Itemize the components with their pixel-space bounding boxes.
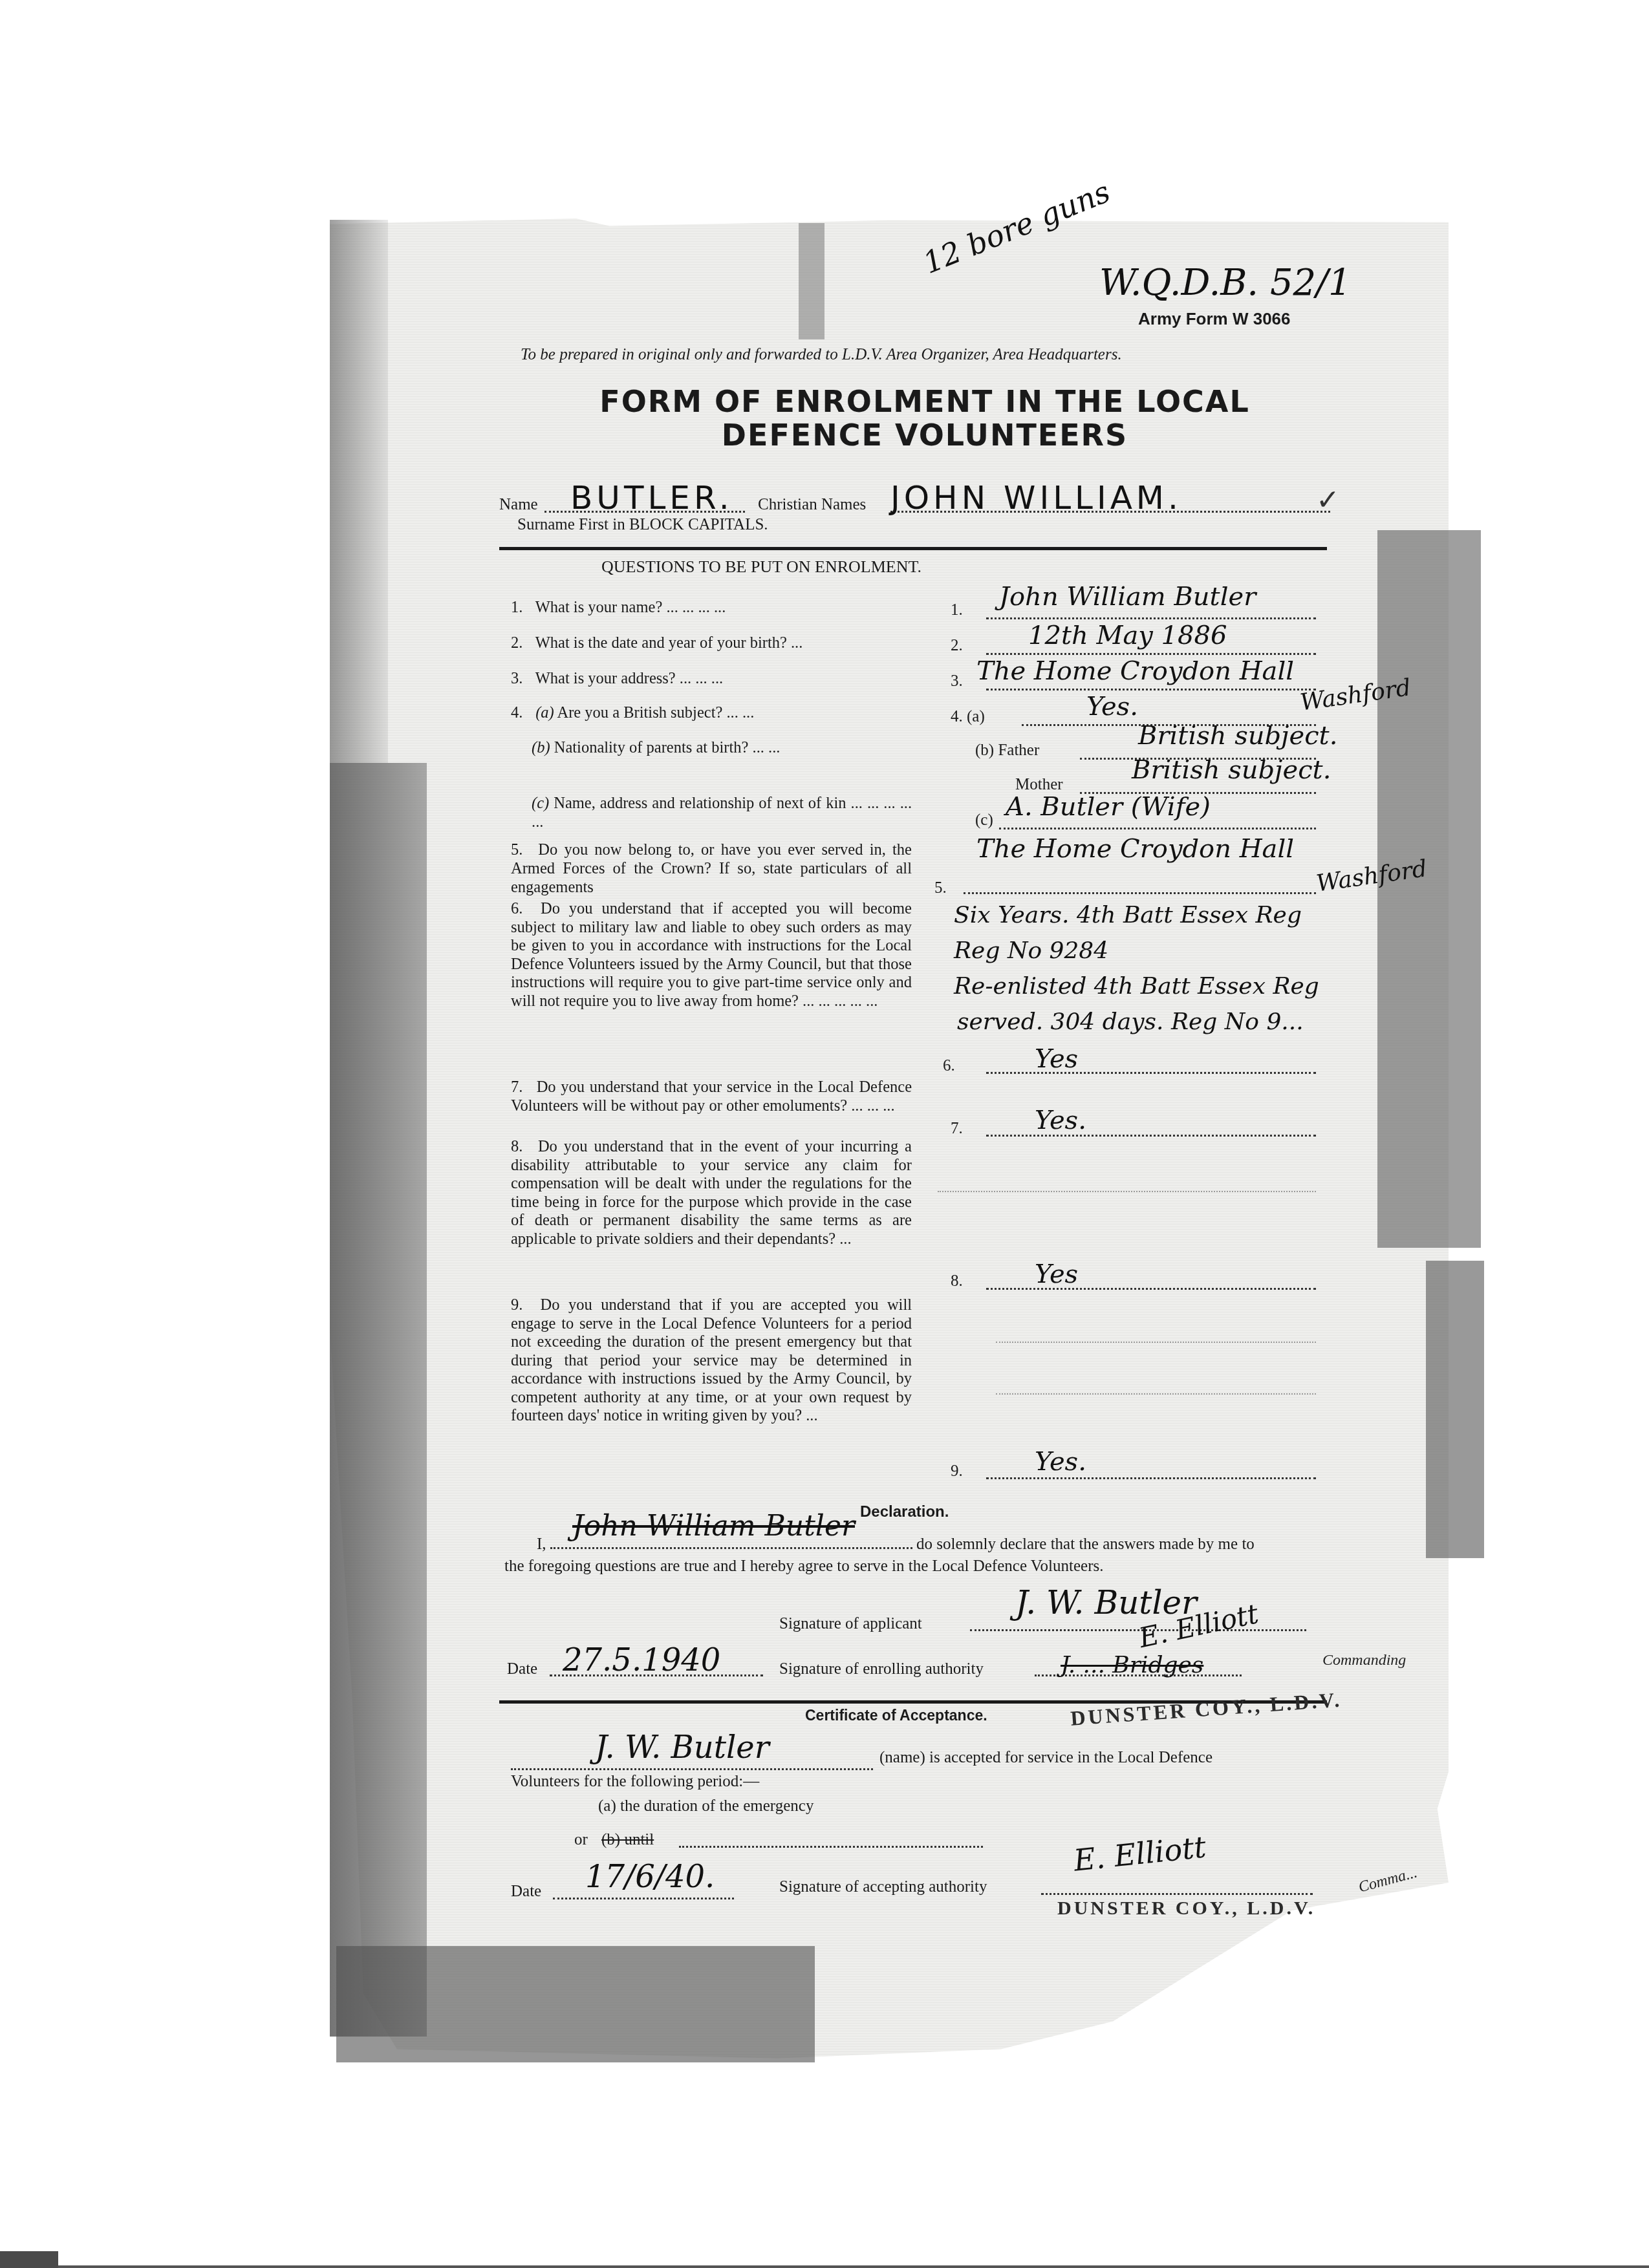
answer-9-line	[986, 1477, 1316, 1479]
date-label: Date	[507, 1660, 537, 1678]
answer-5-label: 5.	[934, 879, 947, 897]
tape-right-lower	[1426, 1261, 1484, 1558]
certificate-text-line-2: Volunteers for the following period:—	[511, 1773, 759, 1791]
block-capitals-note: Surname First in BLOCK CAPITALS.	[517, 516, 768, 534]
period-option-a[interactable]: (a) the duration of the emergency	[598, 1797, 814, 1815]
answer-2-field[interactable]: 12th May 1886	[1028, 621, 1227, 650]
tape-bottom	[336, 1946, 815, 2062]
question-4a: 4. (a) Are you a British subject? ... ..…	[511, 703, 912, 722]
scanner-edge-line	[58, 2265, 1649, 2268]
answer-5-line-1[interactable]: Six Years. 4th Batt Essex Reg	[954, 902, 1302, 928]
surname-field[interactable]: BUTLER.	[570, 479, 733, 517]
question-9: 9. Do you understand that if you are acc…	[511, 1296, 912, 1426]
answer-4a-label: 4. (a)	[951, 708, 985, 726]
page-title: FORM OF ENROLMENT IN THE LOCAL DEFENCE V…	[504, 385, 1345, 452]
tape-left	[330, 763, 427, 2037]
scanner-edge-bar	[0, 2251, 58, 2268]
declaration-line-2: the foregoing questions are true and I h…	[504, 1556, 1332, 1578]
answer-1-field[interactable]: John William Butler	[999, 582, 1256, 612]
period-option-b[interactable]: (b) until	[601, 1831, 654, 1849]
certificate-heading: Certificate of Acceptance.	[805, 1707, 987, 1724]
christian-names-label: Christian Names	[758, 496, 866, 514]
enrolment-date-field[interactable]: 27.5.1940	[563, 1642, 720, 1678]
answer-4c-line	[999, 828, 1316, 829]
answer-9-field[interactable]: Yes.	[1035, 1447, 1086, 1477]
declaration-heading: Declaration.	[860, 1503, 949, 1521]
name-label: Name	[499, 496, 538, 514]
tape-right	[1377, 530, 1481, 1248]
answer-mother-field[interactable]: British subject.	[1132, 755, 1331, 785]
struck-signature: J. ... Bridges	[1061, 1652, 1203, 1678]
certificate-name-line	[511, 1768, 873, 1770]
commanding-label: Commanding	[1322, 1652, 1406, 1669]
christian-names-field[interactable]: JOHN WILLIAM.	[890, 479, 1182, 517]
instruction-line: To be prepared in original only and forw…	[521, 346, 1122, 364]
tape-left-top	[330, 220, 388, 763]
answer-3-label: 3.	[951, 672, 963, 690]
acceptance-date-label: Date	[511, 1883, 541, 1901]
unit-stamp-2: DUNSTER COY., L.D.V.	[1057, 1898, 1315, 1920]
declaration-name-field[interactable]: John William Butler	[572, 1510, 855, 1543]
title-line-2: DEFENCE VOLUNTEERS	[504, 418, 1345, 452]
answer-7-field[interactable]: Yes.	[1035, 1106, 1086, 1135]
signature-applicant-label: Signature of applicant	[779, 1615, 922, 1633]
certificate-text-line-1: (name) is accepted for service in the Lo…	[879, 1749, 1212, 1767]
question-7: 7. Do you understand that your service i…	[511, 1078, 912, 1115]
answer-4a-field[interactable]: Yes.	[1086, 692, 1138, 722]
period-option-b-prefix: or	[574, 1831, 588, 1849]
answer-8-label: 8.	[951, 1272, 963, 1290]
name-row: Name BUTLER. Christian Names JOHN WILLIA…	[499, 482, 1340, 520]
signature-accepting-label: Signature of accepting authority	[779, 1878, 987, 1896]
answer-3-line	[986, 689, 1316, 690]
question-4b: (b) Nationality of parents at birth? ...…	[532, 738, 932, 757]
certificate-name-field[interactable]: J. W. Butler	[595, 1729, 770, 1766]
answer-3-field[interactable]: The Home Croydon Hall	[976, 656, 1294, 686]
tape-top	[799, 223, 824, 339]
answer-8-extra-line	[996, 1342, 1316, 1343]
question-8: 8. Do you understand that in the event o…	[511, 1138, 912, 1248]
period-until-line	[679, 1846, 983, 1848]
answer-8-extra-line-2	[996, 1393, 1316, 1395]
question-5: 5. Do you now belong to, or have you eve…	[511, 840, 912, 897]
signature-accepting-line	[1041, 1893, 1313, 1895]
answer-4c-name-field[interactable]: A. Butler (Wife)	[1006, 792, 1211, 822]
signature-enrolling-label: Signature of enrolling authority	[779, 1660, 984, 1678]
questions-heading: QUESTIONS TO BE PUT ON ENROLMENT.	[601, 557, 1183, 577]
form-number: Army Form W 3066	[1138, 309, 1291, 329]
answer-5-line-3[interactable]: Re-enlisted 4th Batt Essex Reg	[954, 973, 1319, 1000]
declaration-prefix: I,	[537, 1535, 546, 1553]
acceptance-date-field[interactable]: 17/6/40.	[585, 1859, 715, 1895]
answer-6-label: 6.	[943, 1057, 955, 1075]
question-6: 6. Do you understand that if accepted yo…	[511, 900, 912, 1011]
question-4c: (c) Name, address and relationship of ne…	[532, 794, 912, 831]
title-line-1: FORM OF ENROLMENT IN THE LOCAL	[504, 385, 1345, 418]
reference-number: W.Q.D.B. 52/1	[1099, 262, 1352, 304]
answer-5-line	[964, 892, 1316, 894]
answer-4b-father-field[interactable]: British subject.	[1138, 721, 1337, 751]
answer-7-extra-line	[938, 1191, 1316, 1192]
answer-2-label: 2.	[951, 637, 963, 655]
answer-1-label: 1.	[951, 601, 963, 619]
answer-2-line	[986, 653, 1316, 655]
answer-9-label: 9.	[951, 1462, 963, 1481]
answer-1-line	[986, 617, 1316, 619]
answer-8-field[interactable]: Yes	[1035, 1259, 1078, 1289]
question-3: 3. What is your address? ... ... ...	[511, 669, 912, 688]
answer-4b-father-label: (b) Father	[975, 742, 1039, 760]
answer-6-field[interactable]: Yes	[1035, 1044, 1078, 1074]
divider-rule	[499, 547, 1327, 550]
answer-4c-address-field[interactable]: The Home Croydon Hall	[976, 834, 1294, 864]
question-2: 2. What is the date and year of your bir…	[511, 634, 912, 652]
check-mark-icon: ✓	[1316, 484, 1340, 517]
question-1: 1. What is your name? ... ... ... ...	[511, 598, 912, 617]
acceptance-date-line	[553, 1898, 734, 1899]
answer-4c-label: (c)	[975, 811, 993, 829]
answer-5-line-4[interactable]: served. 304 days. Reg No 9...	[957, 1009, 1304, 1035]
answer-mother-label: Mother	[1015, 776, 1063, 794]
answer-5-line-2[interactable]: Reg No 9284	[954, 937, 1108, 964]
answer-7-label: 7.	[951, 1120, 963, 1138]
declaration-line-1: do solemnly declare that the answers mad…	[916, 1535, 1255, 1553]
